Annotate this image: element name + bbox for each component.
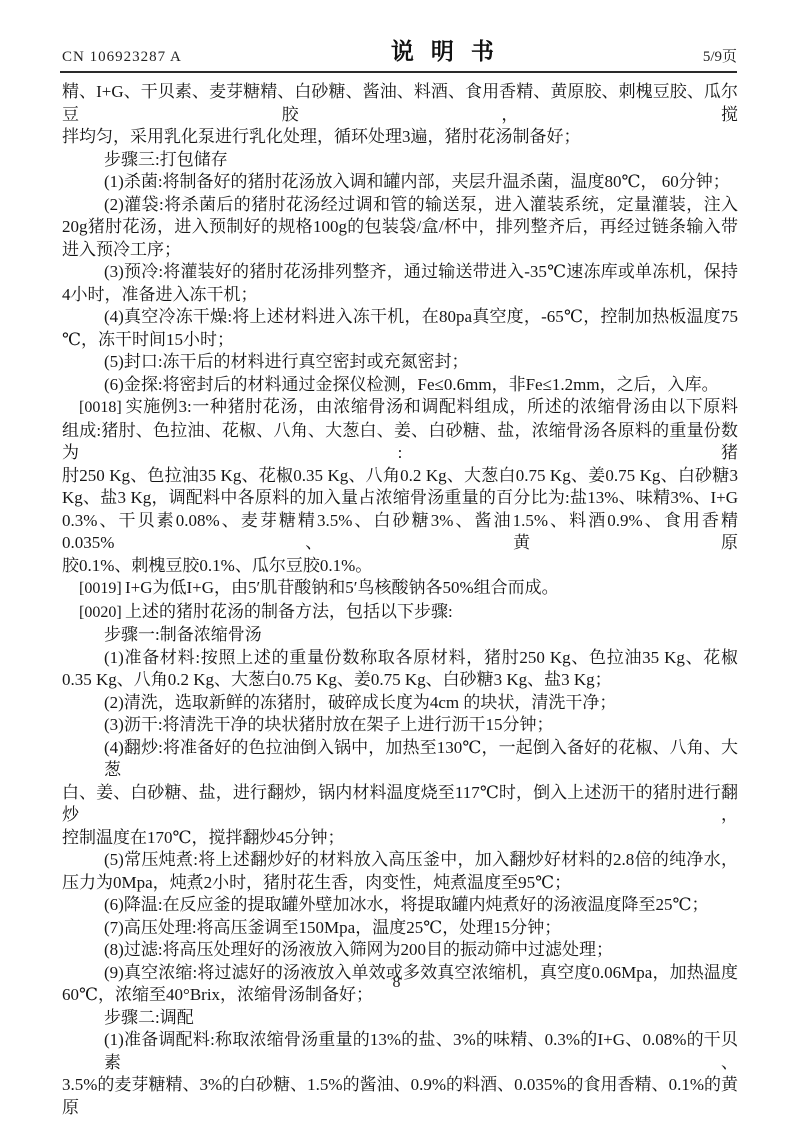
text-line: (3)沥干:将清洗干净的块状猪肘放在架子上进行沥干15分钟； <box>62 714 738 737</box>
text-line: (1)准备调配料:称取浓缩骨汤重量的13%的盐、3%的味精、0.3%的I+G、0… <box>62 1029 738 1074</box>
text-line: [0018]实施例3:一种猪肘花汤，由浓缩骨汤和调配料组成，所述的浓缩骨汤由以下… <box>62 396 738 420</box>
text-line: (6)降温:在反应釜的提取罐外壁加冰水，将提取罐内炖煮好的汤液温度降至25℃； <box>62 894 738 917</box>
text-line: (8)过滤:将高压处理好的汤液放入筛网为200目的振动筛中过滤处理； <box>62 939 738 962</box>
text-line: (1)准备材料:按照上述的重量份数称取各原材料，猪肘250 Kg、色拉油35 K… <box>62 647 738 670</box>
text-line: 白、姜、白砂糖、盐，进行翻炒，锅内材料温度烧至117℃时，倒入上述沥干的猪肘进行… <box>62 782 738 827</box>
header-divider <box>60 71 737 73</box>
text-line: (2)灌袋:将杀菌后的猪肘花汤经过调和管的输送泵，进入灌装系统，定量灌装，注入 <box>62 194 738 217</box>
page-number: 8 <box>393 974 401 991</box>
text-line: (6)金探:将密封后的材料通过金探仪检测，Fe≤0.6mm，非Fe≤1.2mm，… <box>62 374 738 397</box>
text-line: (7)高压处理:将高压釜调至150Mpa，温度25℃，处理15分钟； <box>62 917 738 940</box>
paragraph-tag: [0018] <box>79 397 125 420</box>
text-line: 胶0.1%、刺槐豆胶0.1%、瓜尔豆胶0.1%。 <box>62 555 738 578</box>
text-line: 肘250 Kg、色拉油35 Kg、花椒0.35 Kg、八角0.2 Kg、大葱白0… <box>62 465 738 488</box>
text-line: (1)杀菌:将制备好的猪肘花汤放入调和罐内部，夹层升温杀菌，温度80℃， 60分… <box>62 171 738 194</box>
paragraph-text: I+G为低I+G，由5′肌苷酸钠和5′鸟核酸钠各50%组合而成。 <box>125 578 559 597</box>
paragraph-text: 实施例3:一种猪肘花汤，由浓缩骨汤和调配料组成，所述的浓缩骨汤由以下原料 <box>125 397 738 416</box>
text-line: ℃，冻干时间15小时； <box>62 329 738 352</box>
text-line: (4)翻炒:将准备好的色拉油倒入锅中，加热至130℃，一起倒入备好的花椒、八角、… <box>62 737 738 782</box>
paragraph-tag: [0020] <box>79 602 125 625</box>
text-line: [0019]I+G为低I+G，由5′肌苷酸钠和5′鸟核酸钠各50%组合而成。 <box>62 577 738 601</box>
text-line: 0.3%、干贝素0.08%、麦芽糖精3.5%、白砂糖3%、酱油1.5%、料酒0.… <box>62 510 738 555</box>
text-line: 压力为0Mpa，炖煮2小时，猪肘花生香，肉变性，炖煮温度至95℃； <box>62 872 738 895</box>
text-line: 组成:猪肘、色拉油、花椒、八角、大葱白、姜、白砂糖、盐，浓缩骨汤各原料的重量份数… <box>62 420 738 465</box>
text-line: 步骤三:打包储存 <box>62 149 738 172</box>
text-line: 步骤一:制备浓缩骨汤 <box>62 624 738 647</box>
text-line: (5)封口:冻干后的材料进行真空密封或充氮密封； <box>62 351 738 374</box>
text-line: (3)预冷:将灌装好的猪肘花汤排列整齐，通过输送带进入-35℃速冻库或单冻机，保… <box>62 261 738 284</box>
text-line: 精、I+G、干贝素、麦芽糖精、白砂糖、酱油、料酒、食用香精、黄原胶、刺槐豆胶、瓜… <box>62 81 738 126</box>
text-line: (4)真空冷冻干燥:将上述材料进入冻干机，在80pa真空度，-65℃，控制加热板… <box>62 306 738 329</box>
text-line: 进入预冷工序； <box>62 239 738 262</box>
text-line: 步骤二:调配 <box>62 1007 738 1030</box>
document-title: 说明书 <box>374 33 511 66</box>
text-line: (5)常压炖煮:将上述翻炒好的材料放入高压釜中，加入翻炒好材料的2.8倍的纯净水… <box>62 849 738 872</box>
text-line: 3.5%的麦芽糖精、3%的白砂糖、1.5%的酱油、0.9%的料酒、0.035%的… <box>62 1074 738 1119</box>
text-line: 0.35 Kg、八角0.2 Kg、大葱白0.75 Kg、姜0.75 Kg、白砂糖… <box>62 669 738 692</box>
paragraph-tag: [0019] <box>79 578 125 601</box>
text-line: 4小时，准备进入冻干机； <box>62 284 738 307</box>
page-indicator: 5/9页 <box>703 45 737 66</box>
text-line: 控制温度在170℃，搅拌翻炒45分钟； <box>62 827 738 850</box>
text-line: [0020]上述的猪肘花汤的制备方法，包括以下步骤: <box>62 601 738 625</box>
page-footer: 8 <box>0 974 793 992</box>
text-line: Kg、盐3 Kg，调配料中各原料的加入量占浓缩骨汤重量的百分比为:盐13%、味精… <box>62 487 738 510</box>
body-text: 精、I+G、干贝素、麦芽糖精、白砂糖、酱油、料酒、食用香精、黄原胶、刺槐豆胶、瓜… <box>62 81 738 1119</box>
text-line: 20g猪肘花汤，进入预制好的规格100g的包装袋/盒/杯中，排列整齐后，再经过链… <box>62 216 738 239</box>
text-line: 拌均匀，采用乳化泵进行乳化处理，循环处理3遍，猪肘花汤制备好； <box>62 126 738 149</box>
page-header: CN 106923287 A 说明书 5/9页 <box>62 40 737 66</box>
paragraph-text: 上述的猪肘花汤的制备方法，包括以下步骤: <box>125 602 453 621</box>
patent-specification-page: CN 106923287 A 说明书 5/9页 精、I+G、干贝素、麦芽糖精、白… <box>0 0 793 1122</box>
text-line: (2)清洗，选取新鲜的冻猪肘，破碎成长度为4cm 的块状，清洗干净； <box>62 692 738 715</box>
document-number: CN 106923287 A <box>62 49 182 66</box>
